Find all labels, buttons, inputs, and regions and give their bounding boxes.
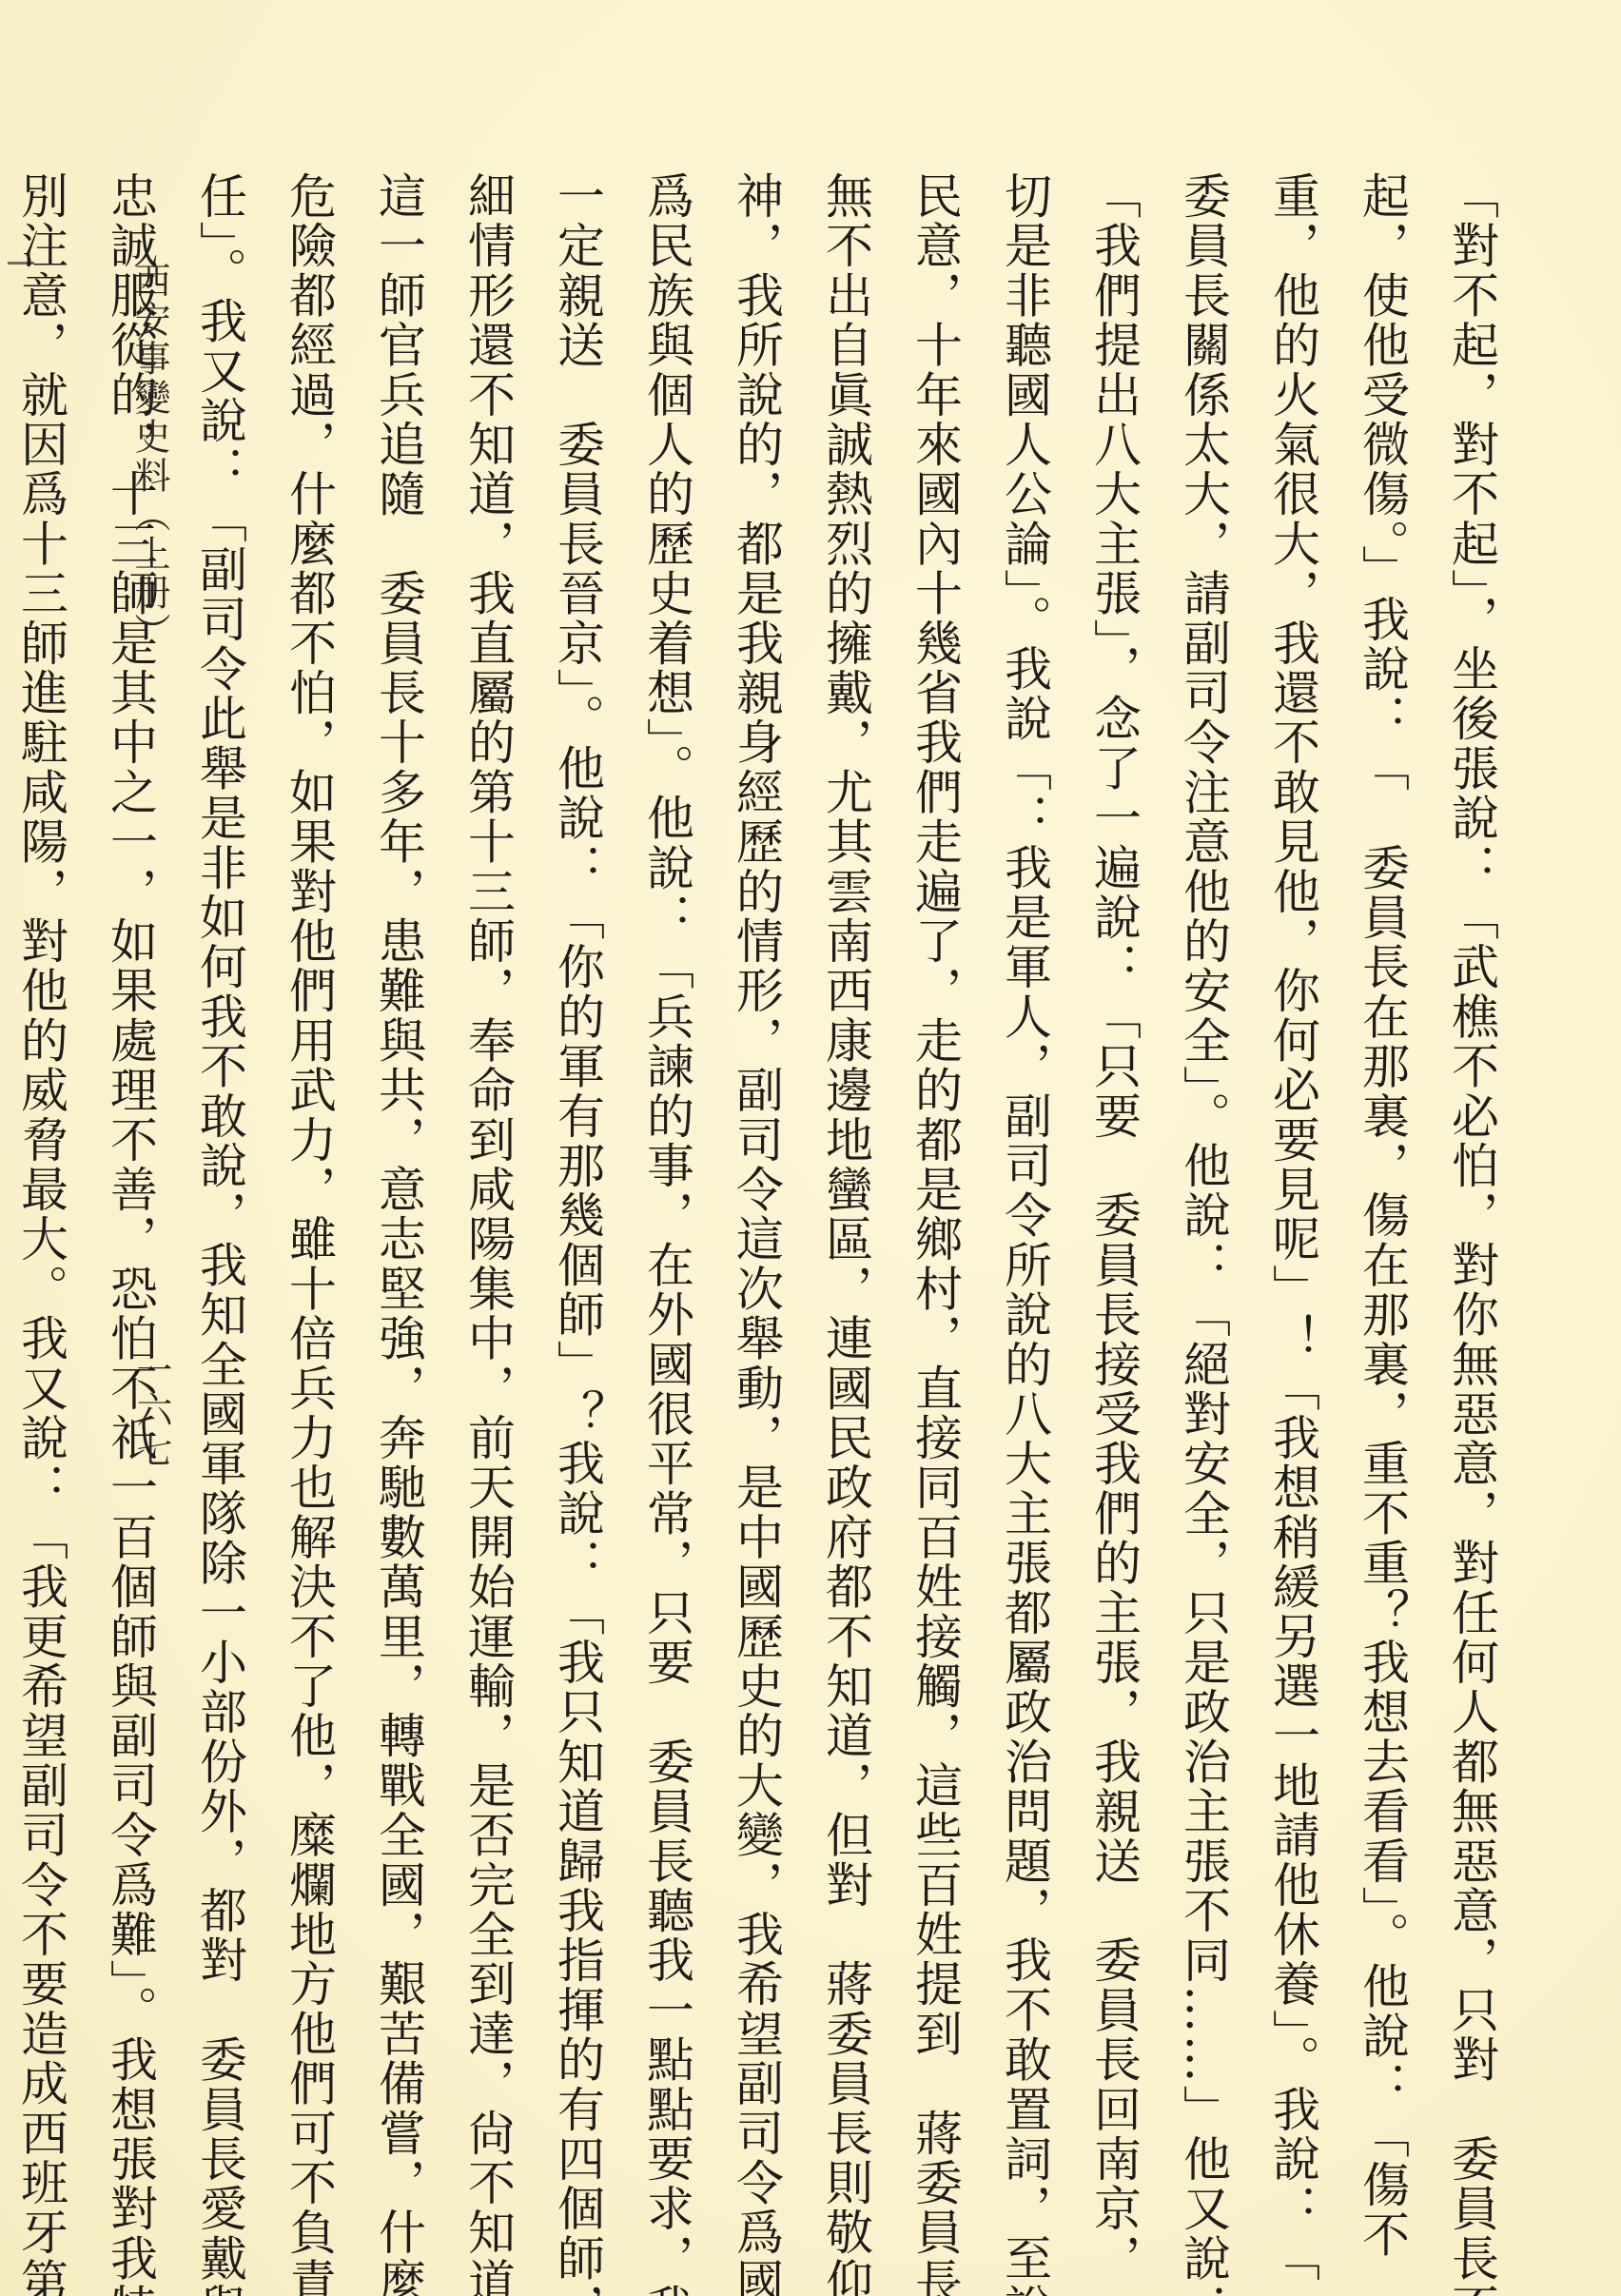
text-column-13: 這一師官兵追隨 委員長十多年，患難與共，意志堅強，奔馳數萬里，轉戰全國，艱苦備嘗… <box>371 171 426 1979</box>
text-column-10: 爲民族與個人的歷史着想」。他說：「兵諫的事，在外國很平常，只要 委員長聽我一點點… <box>639 171 694 1979</box>
text-column-5: 「我們提出八大主張」，念了一遍說：「只要 委員長接受我們的主張，我親送 委員長回… <box>1086 171 1142 1979</box>
text-column-17: 別注意，就因爲十三師進駐咸陽，對他的威脅最大。我又說：「我更希望副司令不要造成西… <box>13 171 68 1979</box>
text-column-9: 神，我所說的，都是我親身經歷的情形，副司令這次舉動，是中國歷史的大變，我希望副司… <box>729 171 784 1979</box>
page-number: 一六七 <box>126 1351 178 1471</box>
text-column-15: 任」。我又說：「副司令此舉是非如何我不敢說，我知全國軍隊除一小部份外，都對 委員… <box>192 171 247 1979</box>
text-column-3: 重，他的火氣很大，我還不敢見他，你何必要見呢」！「我想稍緩另選一地請他休養」。我… <box>1265 171 1320 1979</box>
text-column-1: 「對不起，對不起」，坐後張說：「武樵不必怕，對你無惡意，對任何人都無惡意，只對 … <box>1444 171 1499 1979</box>
text-column-4: 委員長關係太大，請副司令注意他的安全」。他說：「絕對安全，只是政治主張不同……」… <box>1176 171 1231 1979</box>
text-column-7: 民意，十年來國內十幾省我們走遍了，走的都是鄉村，直接同百姓接觸，這些百姓提到 蔣… <box>908 171 963 1979</box>
text-column-14: 危險都經過，什麼都不怕，如果對他們用武力，雖十倍兵力也解決不了他，糜爛地方他們可… <box>282 171 337 1979</box>
text-column-12: 細情形還不知道，我直屬的第十三師，奉命到咸陽集中，前天開始運輸，是否完全到達，尙… <box>460 171 516 1979</box>
text-column-8: 無不出自眞誠熱烈的擁戴，尤其雲南西康邊地蠻區，連國民政府都不知道，但對 蔣委員長… <box>818 171 873 1979</box>
text-column-6: 切是非聽國人公論」。我說「：我是軍人，副司令所說的八大主張都屬政治問題，我不敢置… <box>997 171 1052 1979</box>
text-column-11: 一定親送 委員長晉京」。他說：「你的軍有那幾個師」？我說：「我只知道歸我指揮的有… <box>550 171 605 1979</box>
text-column-2: 起，使他受微傷。」我說：「 委員長在那裏，傷在那裏，重不重？我想去看看」。他說：… <box>1355 171 1410 1979</box>
scanned-book-page: 「對不起，對不起」，坐後張說：「武樵不必怕，對你無惡意，對任何人都無惡意，只對 … <box>0 0 1621 2296</box>
running-title: 西安事變史料（上册） <box>124 262 176 652</box>
